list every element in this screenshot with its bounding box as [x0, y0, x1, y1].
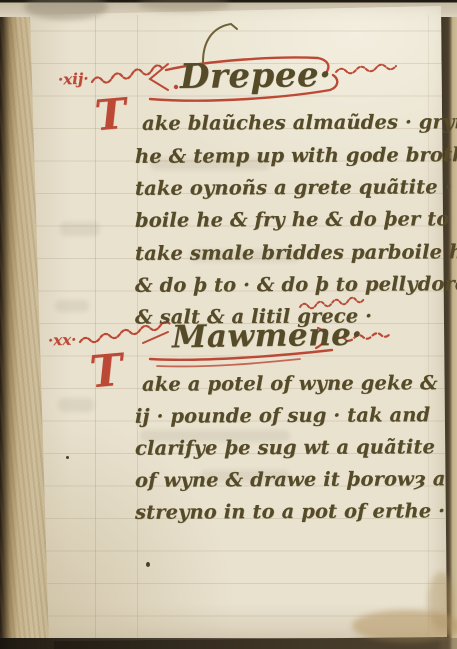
text-line: ake a potel of wyne geke &: [142, 371, 438, 396]
text-line: boile he & fry he & do þer to ·: [135, 207, 457, 232]
recipe-title: Drepee·: [180, 55, 332, 97]
recipe-title: Mawmene·: [172, 317, 363, 356]
marginal-numeral: ·xx·: [48, 331, 77, 350]
text-line: ake blaũches almaũdes · grynd: [142, 110, 457, 135]
show-through: [60, 222, 100, 236]
ruling-vertical-line: [428, 15, 429, 639]
page-bottom-shadow: [0, 638, 457, 649]
manuscript-photo: ·xij· ·xx· Drepee· T ake blaũches almaũd…: [0, 0, 457, 649]
initial-letter: T: [93, 93, 128, 138]
text-line: take smale briddes parboile hem: [135, 240, 457, 265]
show-through: [58, 398, 94, 412]
stain: [428, 572, 454, 630]
show-through: [55, 300, 89, 312]
ink-fleck: [66, 456, 69, 459]
text-line: of wyne & drawe it þorowȝ a: [135, 467, 446, 492]
text-line: ij · pounde of sug · tak and: [135, 403, 430, 428]
text-line: streyno in to a pot of erthe ·: [135, 499, 445, 524]
text-line: & do þ to · & do þ to pellydore: [135, 272, 457, 297]
text-line: he & temp up with gode broth: [135, 143, 457, 168]
marginal-numeral: ·xij·: [58, 69, 89, 88]
ink-fleck: [146, 562, 150, 567]
text-line: take oynoñs a grete quãtite · &: [135, 175, 457, 200]
text-line: clarifye þe sug wt a quãtite: [135, 435, 435, 460]
initial-letter: T: [88, 349, 124, 396]
